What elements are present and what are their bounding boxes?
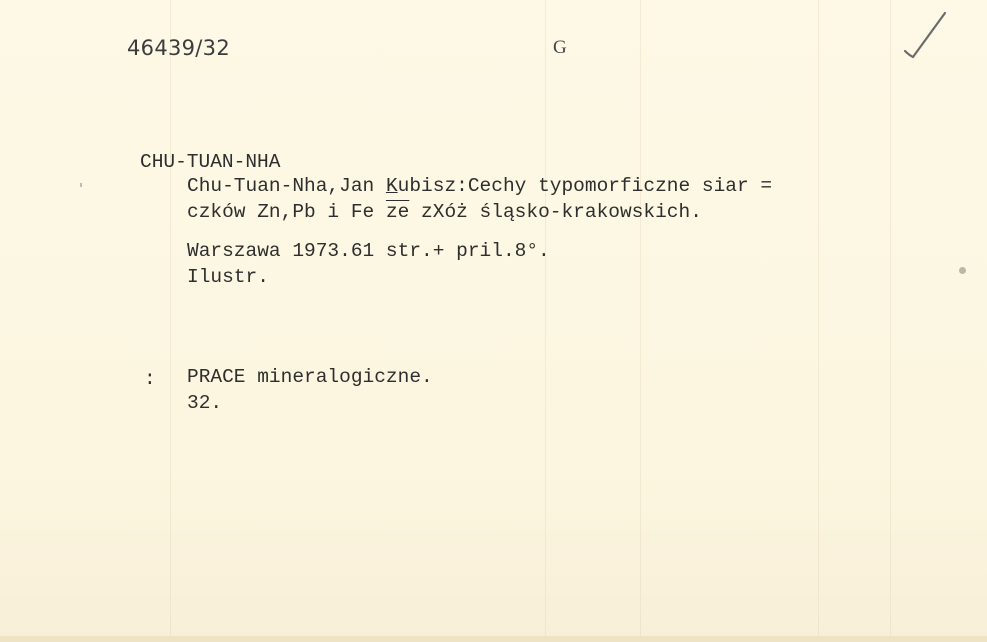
paper-fiber bbox=[818, 0, 819, 642]
title-line-2-prefix: czków Zn,Pb i Fe bbox=[187, 201, 386, 223]
series-marker: : bbox=[144, 366, 156, 392]
title-line-2-suffix: zXóż śląsko-krakowskich. bbox=[409, 201, 702, 223]
imprint: Warszawa 1973.61 str.+ pril.8°. bbox=[187, 238, 550, 264]
checkmark-icon bbox=[895, 5, 955, 60]
author-heading: CHU-TUAN-NHA bbox=[140, 149, 280, 175]
catalog-card: 46439/32 G CHU-TUAN-NHA Chu-Tuan-Nha,Jan… bbox=[0, 0, 987, 642]
title-line-1-underlined: K bbox=[386, 175, 398, 197]
paper-fiber bbox=[170, 0, 171, 642]
title-line-2: czków Zn,Pb i Fe ze zXóż śląsko-krakowsk… bbox=[187, 199, 702, 225]
paper-mark bbox=[80, 183, 82, 187]
title-line-1-prefix: Chu-Tuan-Nha,Jan bbox=[187, 175, 386, 197]
title-line-2-overlined: ze bbox=[386, 201, 409, 223]
paper-fiber bbox=[640, 0, 641, 642]
classification-letter: G bbox=[553, 37, 567, 59]
series-number: 32. bbox=[187, 390, 222, 416]
series-title: PRACE mineralogiczne. bbox=[187, 364, 433, 390]
title-line-1-suffix: ubisz:Cechy typomorficzne siar = bbox=[398, 175, 772, 197]
paper-fiber bbox=[545, 0, 546, 642]
ink-spot bbox=[959, 267, 966, 274]
card-bottom-edge bbox=[0, 636, 987, 642]
title-line-1: Chu-Tuan-Nha,Jan Kubisz:Cechy typomorfic… bbox=[187, 173, 772, 199]
paper-fiber bbox=[890, 0, 891, 642]
illustrations-note: Ilustr. bbox=[187, 264, 269, 290]
call-number: 46439/32 bbox=[127, 36, 230, 60]
